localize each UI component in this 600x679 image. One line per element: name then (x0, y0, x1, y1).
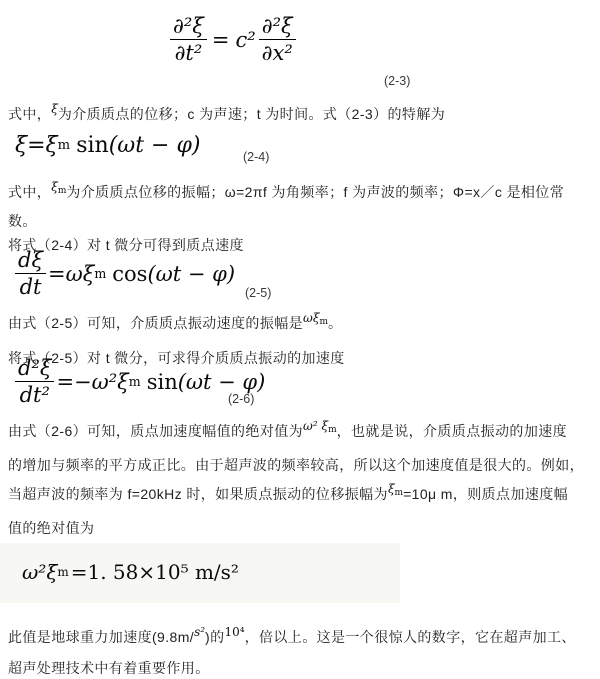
subscript-m: m (395, 488, 404, 498)
cos-function: cos (112, 262, 147, 286)
inline-formula-xi-m: ξm (388, 482, 403, 496)
fraction-numerator: ∂²ξ (259, 14, 296, 40)
equation-2-4: ξ=ξmsin(ωt − φ) (15, 133, 200, 158)
text-run: ξ (388, 482, 395, 496)
paragraph-definitions-2-4: 式中，ξm为介质质点位移的振幅；ω=2πf 为角频率；f 为声波的频率；Φ=x／… (8, 180, 594, 257)
inline-formula-omega2-xi-m: ω² ξm (303, 419, 337, 433)
text-run: )的 (205, 629, 224, 645)
fraction: ∂²ξ ∂t² (170, 14, 207, 65)
equation-label-2-6: (2-6) (228, 392, 254, 406)
equation-result: =1. 58×10⁵ m/s² (71, 560, 239, 584)
subscript-m: m (58, 138, 71, 153)
inline-formula-omega-xi-m: ωξm (303, 311, 328, 325)
subscript-m: m (94, 266, 106, 281)
text-run: ，也就是说，介质质点振动的加速度 (337, 423, 567, 439)
text-run: ω² ξ (303, 419, 328, 433)
paragraph-conclusion: 此值是地球重力加速度(9.8m/s²)的10⁴，倍以上。这是一个很惊人的数字，它… (8, 622, 594, 679)
text-line: 当超声波的频率为 f=20kHz 时，如果质点振动的位移振幅为ξm=10μ m，… (8, 480, 594, 514)
equation-term: ω²ξ (22, 560, 57, 584)
text-run: 为介质质点位移的振幅；ω=2πf 为角频率；f 为声波的频率；Φ=x／c 是相位… (66, 184, 564, 200)
text-line: 值的绝对值为 (8, 514, 594, 543)
equation-term: ξ=ξ (15, 133, 58, 158)
fraction-numerator: d²ξ (15, 356, 54, 382)
text-line: 由式（2-5）可知，介质质点振动速度的振幅是ωξm。 (8, 308, 594, 343)
fraction-denominator: ∂t² (172, 40, 206, 65)
equation-label-2-3: (2-3) (384, 74, 410, 88)
equation-term: (ωt − φ) (109, 133, 201, 158)
text-run: 为介质质点的位移；c 为声速；t 为时间。式（2-3）的特解为 (58, 106, 445, 122)
equation-term: (ωt − φ) (147, 262, 235, 286)
subscript-m: m (319, 317, 328, 327)
fraction-denominator: ∂x² (259, 40, 296, 65)
coefficient: c² (235, 28, 255, 52)
text-run: 当超声波的频率为 f=20kHz 时，如果质点振动的位移振幅为 (8, 486, 388, 502)
paragraph-acceleration-example: 由式（2-6）可知，质点加速度幅值的绝对值为ω² ξm，也就是说，介质质点振动的… (8, 417, 594, 543)
fraction-denominator: dt² (17, 382, 53, 407)
equation-acceleration-value: ω²ξm=1. 58×10⁵ m/s² (22, 560, 239, 584)
sin-function: sin (76, 133, 109, 158)
text-line: 式中，ξm为介质质点位移的振幅；ω=2πf 为角频率；f 为声波的频率；Φ=x／… (8, 180, 594, 209)
text-run: 此值是地球重力加速度(9.8m/ (8, 629, 194, 645)
text-run: 式中， (8, 184, 51, 200)
equation-label-2-4: (2-4) (243, 150, 269, 164)
text-line: 此值是地球重力加速度(9.8m/s²)的10⁴，倍以上。这是一个很惊人的数字，它… (8, 622, 594, 653)
fraction-numerator: dξ (15, 248, 46, 274)
fraction-numerator: ∂²ξ (170, 14, 207, 40)
fraction-denominator: dt (17, 274, 45, 299)
paragraph-definitions-2-3: 式中，ξ为介质质点的位移；c 为声速；t 为时间。式（2-3）的特解为 (8, 102, 594, 127)
subscript-m: m (57, 565, 68, 579)
text-line: 超声处理技术中有着重要作用。 (8, 653, 594, 679)
text-run: ξ (51, 102, 58, 116)
text-line: 数。 (8, 209, 594, 233)
text-line: 式中，ξ为介质质点的位移；c 为声速；t 为时间。式（2-3）的特解为 (8, 102, 594, 127)
inline-formula-ten-power-four: 10⁴ (225, 625, 245, 639)
document-page: ∂²ξ ∂t² = c² ∂²ξ ∂x² (2-3) 式中，ξ为介质质点的位移；… (0, 0, 600, 679)
subscript-m: m (129, 374, 141, 389)
equation-term: =−ω²ξ (56, 370, 128, 394)
fraction: ∂²ξ ∂x² (259, 14, 296, 65)
text-run: 由式（2-5）可知，介质质点振动速度的振幅是 (8, 315, 303, 331)
equation-2-3: ∂²ξ ∂t² = c² ∂²ξ ∂x² (170, 14, 298, 65)
text-run: 式中， (8, 106, 51, 122)
subscript-m: m (328, 425, 337, 435)
text-run: s² (194, 625, 205, 639)
text-run: ξ (51, 180, 58, 194)
subscript-m: m (58, 186, 67, 196)
equation-label-2-5: (2-5) (245, 286, 271, 300)
text-line: 由式（2-6）可知，质点加速度幅值的绝对值为ω² ξm，也就是说，介质质点振动的… (8, 417, 594, 451)
fraction: dξ dt (15, 248, 46, 299)
fraction: d²ξ dt² (15, 356, 54, 407)
sin-function: sin (147, 370, 178, 394)
equation-2-5: dξ dt =ωξmcos(ωt − φ) (15, 248, 235, 299)
inline-formula-xi-m: ξm (51, 180, 66, 194)
equals-sign: = (212, 28, 230, 52)
inline-formula-xi: ξ (51, 102, 58, 116)
inline-formula-s-squared: s² (194, 625, 205, 639)
text-run: =10μ m，则质点加速度幅 (403, 486, 568, 502)
text-line: 的增加与频率的平方成正比。由于超声波的频率较高，所以这个加速度值是很大的。例如， (8, 451, 594, 480)
equation-term: =ωξ (48, 262, 94, 286)
text-run: 10⁴ (225, 625, 245, 639)
text-run: ，倍以上。这是一个很惊人的数字，它在超声加工、 (245, 629, 576, 645)
text-run: ωξ (303, 311, 319, 325)
text-run: 。 (328, 315, 342, 331)
text-run: 由式（2-6）可知，质点加速度幅值的绝对值为 (8, 423, 303, 439)
equation-term: (ωt − φ) (178, 370, 266, 394)
